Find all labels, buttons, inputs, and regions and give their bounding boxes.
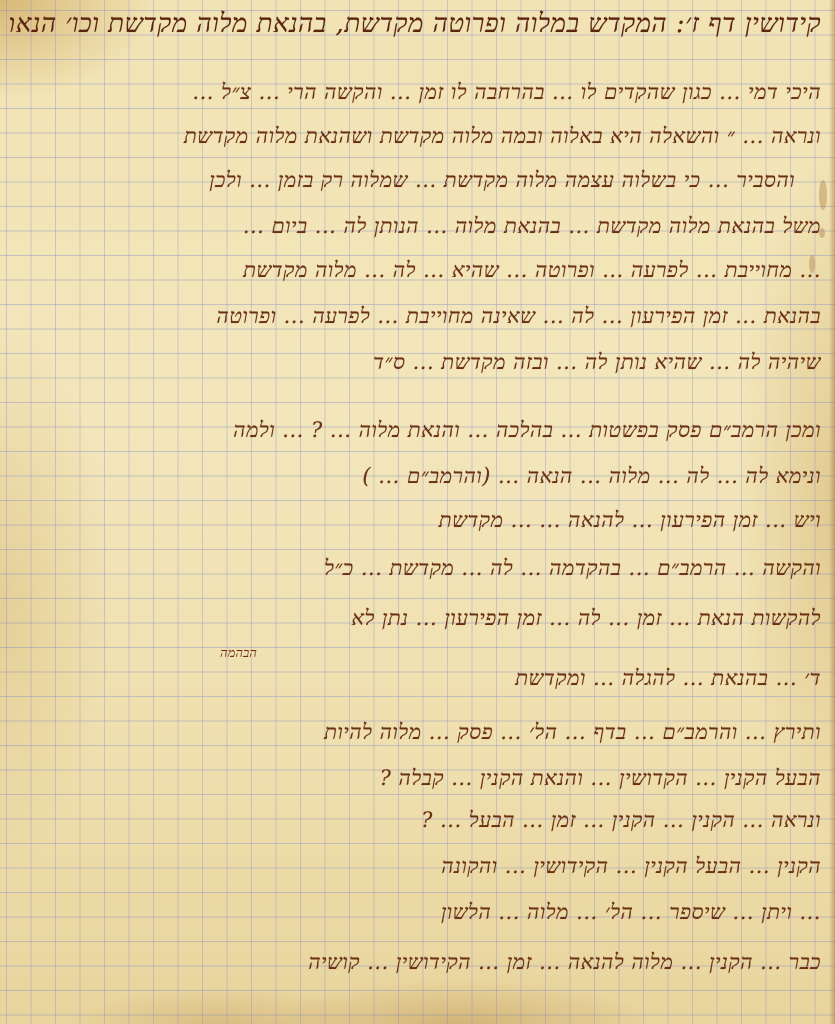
text-line: הקנין ... הבעל הקנין ... הקידושין ... וה… [10,846,821,886]
text-line: ותירץ ... והרמב״ם ... בדף ... הל׳ ... פס… [10,712,821,752]
text-line: משל בהנאת מלוה מקדשת ... בהנאת מלוה ... … [10,206,821,246]
text-line: ... ויתן ... שיספר ... הל׳ ... מלוה ... … [10,892,821,932]
title-line: קידושין דף ז׳: המקדש במלוה ופרוטה מקדשת,… [10,4,821,44]
text-line: כבר ... הקנין ... מלוה להנאה ... זמן ...… [10,942,821,982]
text-line: להקשות הנאת ... זמן ... לה ... זמן הפירע… [10,598,821,638]
manuscript-text: קידושין דף ז׳: המקדש במלוה ופרוטה מקדשת,… [0,0,835,1024]
manuscript-page: קידושין דף ז׳: המקדש במלוה ופרוטה מקדשת,… [0,0,835,1024]
text-line: ד׳ ... בהנאת ... להגלה ... ומקדשת [10,658,821,698]
text-line: ... מחוייבת ... לפרעה ... ופרוטה ... שהי… [10,250,821,290]
text-line: והקשה ... הרמב״ם ... בהקדמה ... לה ... מ… [10,548,821,588]
text-line: היכי דמי ... כגון שהקדים לו ... בהרחבה ל… [10,72,821,112]
text-line: שיהיה לה ... שהיא נותן לה ... ובזה מקדשת… [10,342,821,382]
text-line: ונראה ... הקנין ... הקנין ... זמן ... הב… [10,800,821,840]
text-line: ונראה ... ״ והשאלה היא באלוה ובמה מלוה מ… [10,116,821,156]
text-line: והסביר ... כי בשלוה עצמה מלוה מקדשת ... … [10,160,795,200]
text-line: ומכן הרמב״ם פסק בפשטות ... בהלכה ... והנ… [10,410,821,450]
text-line: ויש ... זמן הפירעון ... להנאה ... ... מק… [10,500,821,540]
text-line: ונימא לה ... לה ... מלוה ... הנאה ... (ו… [10,456,821,496]
text-line: בהנאת ... זמן הפירעון ... לה ... שאינה מ… [10,296,821,336]
text-line: הבעל הקנין ... הקדושין ... והנאת הקנין .… [10,758,821,798]
